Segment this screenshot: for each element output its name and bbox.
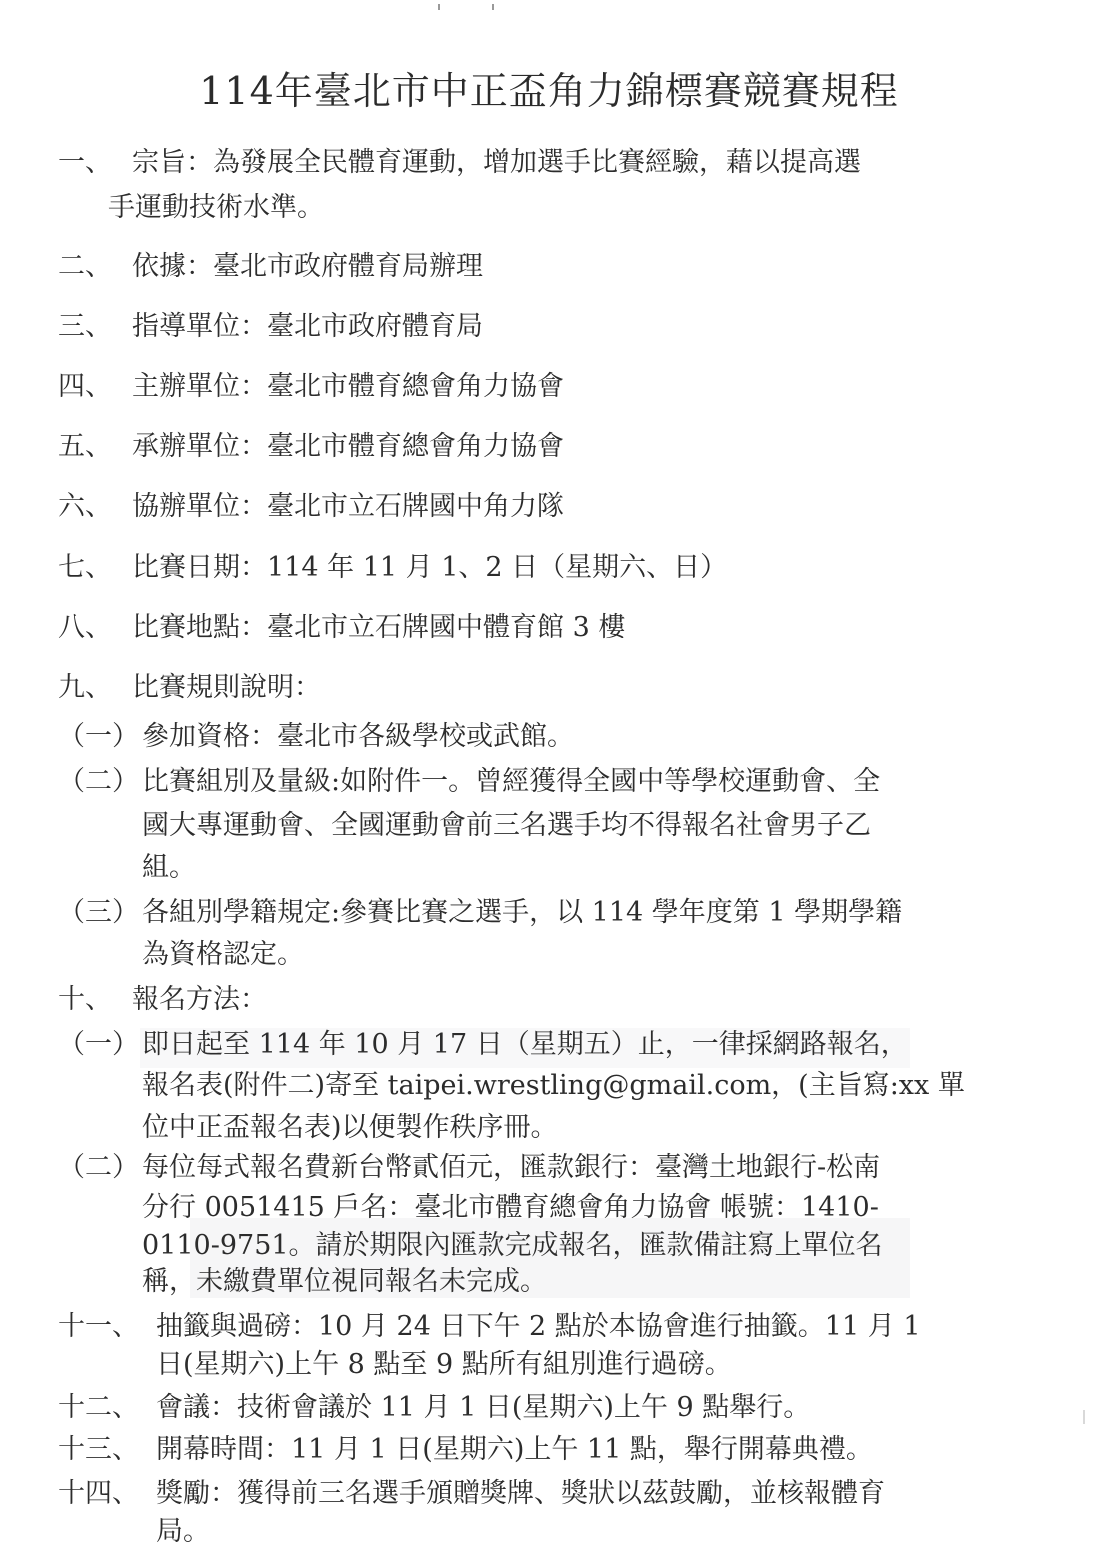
section-10-number: 十、: [58, 985, 132, 1015]
section-13: 十三、開幕時間：11 月 1 日(星期六)上午 11 點，舉行開幕典禮。: [58, 1435, 873, 1465]
section-3-text: 指導單位：臺北市政府體育局: [132, 311, 483, 342]
section-9-sub-1: （一）參加資格：臺北市各級學校或武館。: [58, 722, 574, 752]
scanned-document-page: 114年臺北市中正盃角力錦標賽競賽規程 一、宗旨：為發展全民體育運動，增加選手比…: [0, 0, 1098, 1548]
section-3: 三、指導單位：臺北市政府體育局: [58, 312, 483, 342]
section-9-sub-2-line-1: （二）比賽組別及量級:如附件一。曾經獲得全國中等學校運動會、全: [58, 767, 880, 797]
section-10-sub-1-line-2: 報名表(附件二)寄至 taipei.wrestling@gmail.com，(主…: [142, 1071, 965, 1101]
section-7: 七、比賽日期：114 年 11 月 1、2 日（星期六、日）: [58, 553, 727, 583]
section-12: 十二、會議：技術會議於 11 月 1 日(星期六)上午 9 點舉行。: [58, 1393, 810, 1423]
section-1-number: 一、: [58, 148, 132, 178]
section-13-text: 開幕時間：11 月 1 日(星期六)上午 11 點，舉行開幕典禮。: [156, 1434, 873, 1465]
section-9-sub-3-text: 各組別學籍規定:參賽比賽之選手，以 114 學年度第 1 學期學籍: [142, 897, 902, 928]
section-10-sub-2-line-2: 分行 0051415 戶名：臺北市體育總會角力協會 帳號：1410-: [142, 1193, 879, 1223]
section-13-number: 十三、: [58, 1435, 156, 1465]
section-11-line-2: 日(星期六)上午 8 點至 9 點所有組別進行過磅。: [156, 1350, 732, 1380]
section-7-number: 七、: [58, 553, 132, 583]
section-6-number: 六、: [58, 492, 132, 522]
section-2: 二、依據：臺北市政府體育局辦理: [58, 252, 483, 282]
section-11-text: 抽籤與過磅：10 月 24 日下午 2 點於本協會進行抽籤。11 月 1: [156, 1311, 921, 1342]
section-3-number: 三、: [58, 312, 132, 342]
section-6-text: 協辦單位：臺北市立石牌國中角力隊: [132, 491, 564, 522]
section-10-sub-1-line-3: 位中正盃報名表)以便製作秩序冊。: [142, 1113, 558, 1143]
section-1-line-2: 手運動技術水準。: [108, 193, 324, 223]
section-8: 八、比賽地點：臺北市立石牌國中體育館 3 樓: [58, 613, 625, 643]
section-12-number: 十二、: [58, 1393, 156, 1423]
section-5: 五、承辦單位：臺北市體育總會角力協會: [58, 432, 564, 462]
section-10-sub-2-line-1: （二）每位每式報名費新台幣貳佰元，匯款銀行：臺灣土地銀行-松南: [58, 1153, 880, 1183]
section-10-sub-1-number: （一）: [58, 1030, 142, 1060]
section-9-text: 比賽規則說明：: [132, 672, 321, 703]
section-2-text: 依據：臺北市政府體育局辦理: [132, 251, 483, 282]
section-4-number: 四、: [58, 372, 132, 402]
section-6: 六、協辦單位：臺北市立石牌國中角力隊: [58, 492, 564, 522]
section-4-text: 主辦單位：臺北市體育總會角力協會: [132, 371, 564, 402]
section-8-number: 八、: [58, 613, 132, 643]
section-14-number: 十四、: [58, 1479, 156, 1509]
section-4: 四、主辦單位：臺北市體育總會角力協會: [58, 372, 564, 402]
section-8-text: 比賽地點：臺北市立石牌國中體育館 3 樓: [132, 612, 625, 643]
section-10-sub-1-line-1: （一）即日起至 114 年 10 月 17 日（星期五）止，一律採網路報名，: [58, 1030, 908, 1060]
scan-artifact-mark: [1083, 1410, 1085, 1424]
section-10-sub-2-text: 每位每式報名費新台幣貳佰元，匯款銀行：臺灣土地銀行-松南: [142, 1152, 880, 1183]
section-9-sub-2-line-3: 組。: [142, 853, 196, 883]
section-9-number: 九、: [58, 673, 132, 703]
section-9-sub-2-text: 比賽組別及量級:如附件一。曾經獲得全國中等學校運動會、全: [142, 766, 880, 797]
section-9-sub-2-number: （二）: [58, 767, 142, 797]
section-10-sub-2-number: （二）: [58, 1153, 142, 1183]
section-1-text: 宗旨：為發展全民體育運動，增加選手比賽經驗，藉以提高選: [132, 147, 861, 178]
section-10: 十、報名方法：: [58, 985, 267, 1015]
section-10-text: 報名方法：: [132, 984, 267, 1015]
section-10-sub-1-text: 即日起至 114 年 10 月 17 日（星期五）止，一律採網路報名，: [142, 1029, 908, 1060]
section-14-text: 獎勵：獲得前三名選手頒贈獎牌、獎狀以茲鼓勵，並核報體育: [156, 1478, 885, 1509]
section-11-line-1: 十一、抽籤與過磅：10 月 24 日下午 2 點於本協會進行抽籤。11 月 1: [58, 1312, 921, 1342]
section-9-sub-1-text: 參加資格：臺北市各級學校或武館。: [142, 721, 574, 752]
section-14-line-1: 十四、獎勵：獲得前三名選手頒贈獎牌、獎狀以茲鼓勵，並核報體育: [58, 1479, 885, 1509]
section-9-sub-3-line-1: （三）各組別學籍規定:參賽比賽之選手，以 114 學年度第 1 學期學籍: [58, 898, 902, 928]
section-14-line-2: 局。: [156, 1517, 210, 1547]
scan-artifact-marks: [438, 4, 498, 14]
section-1-line-1: 一、宗旨：為發展全民體育運動，增加選手比賽經驗，藉以提高選: [58, 148, 861, 178]
section-9-sub-2-line-2: 國大專運動會、全國運動會前三名選手均不得報名社會男子乙: [142, 811, 871, 841]
section-9-sub-1-number: （一）: [58, 722, 142, 752]
section-9: 九、比賽規則說明：: [58, 673, 321, 703]
section-7-text: 比賽日期：114 年 11 月 1、2 日（星期六、日）: [132, 552, 727, 583]
document-title: 114年臺北市中正盃角力錦標賽競賽規程: [0, 60, 1098, 115]
section-10-sub-1-line-2-text: 報名表(附件二)寄至 taipei.wrestling@gmail.com，(主…: [142, 1070, 965, 1101]
section-10-sub-2-line-4: 稱，未繳費單位視同報名未完成。: [142, 1267, 547, 1297]
section-2-number: 二、: [58, 252, 132, 282]
section-12-text: 會議：技術會議於 11 月 1 日(星期六)上午 9 點舉行。: [156, 1392, 810, 1423]
section-5-text: 承辦單位：臺北市體育總會角力協會: [132, 431, 564, 462]
section-9-sub-3-number: （三）: [58, 898, 142, 928]
section-5-number: 五、: [58, 432, 132, 462]
section-9-sub-3-line-2: 為資格認定。: [142, 940, 304, 970]
section-10-sub-2-line-3: 0110-9751。請於期限內匯款完成報名，匯款備註寫上單位名: [142, 1231, 883, 1261]
section-11-number: 十一、: [58, 1312, 156, 1342]
